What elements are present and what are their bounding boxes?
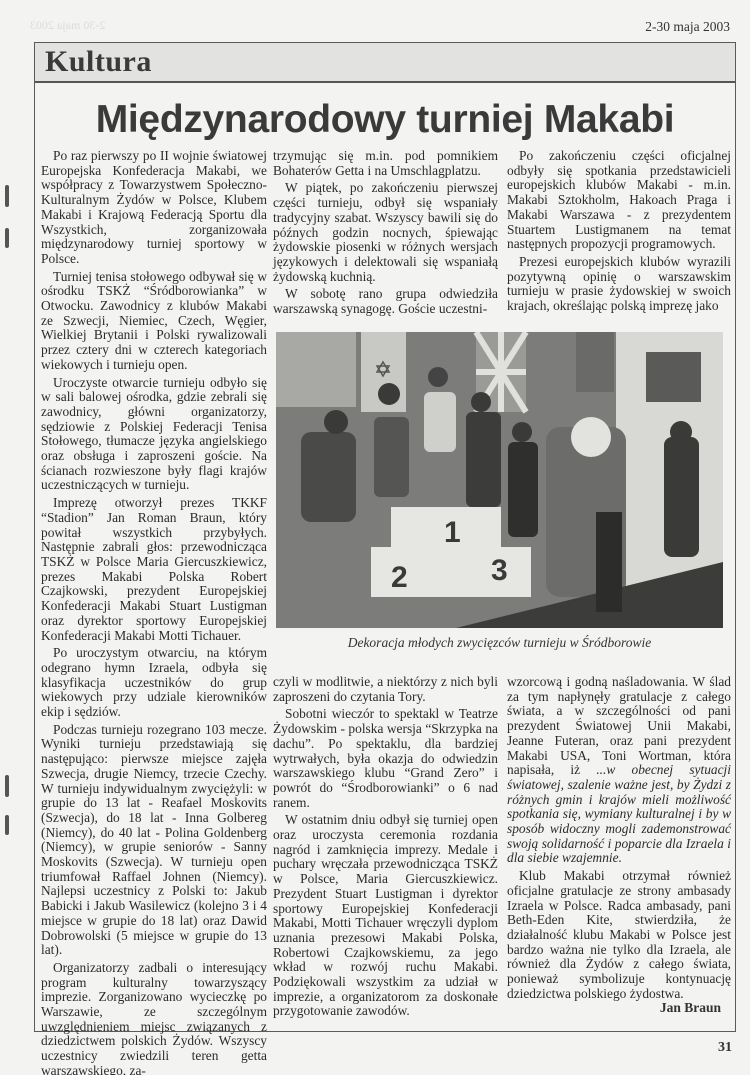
paragraph: trzymując się m.in. pod pomnikiem Bohate… — [273, 149, 498, 178]
column-1: Po raz pierwszy po II wojnie światowej E… — [41, 149, 267, 1075]
paragraph: Po zakończeniu części oficjalnej odbyły … — [507, 149, 731, 252]
article-title: Międzynarodowy turniej Makabi — [35, 98, 735, 142]
page-number: 31 — [718, 1040, 732, 1056]
paragraph: Sobotni wieczór to spektakl w Teatrze Ży… — [273, 707, 498, 810]
photo-illustration: 1 2 3 — [276, 332, 723, 628]
paragraph: W piątek, po zakończeniu pierwszej częśc… — [273, 181, 498, 284]
margin-mark — [5, 775, 9, 797]
paragraph: Prezesi europejskich klubów wyrazili poz… — [507, 255, 731, 314]
paragraph: Turniej tenisa stołowego odbywał się w o… — [41, 270, 267, 373]
article-frame: Kultura Międzynarodowy turniej Makabi Po… — [34, 42, 736, 1032]
bleed-through-date: 2-30 maja 2003 — [30, 18, 105, 33]
section-title: Kultura — [45, 45, 152, 79]
author-byline: Jan Braun — [660, 1000, 721, 1016]
column-3-bottom: wzorcową i godną naśladowania. W ślad za… — [507, 675, 731, 1004]
paragraph: Po uroczystym otwarciu, na którym odegra… — [41, 646, 267, 720]
column-2-top: trzymując się m.in. pod pomnikiem Bohate… — [273, 149, 498, 320]
svg-text:2: 2 — [391, 561, 408, 594]
svg-text:3: 3 — [491, 554, 508, 587]
paragraph: Podczas turnieju rozegrano 103 mecze. Wy… — [41, 723, 267, 958]
paragraph: Klub Makabi otrzymał również oficjalne g… — [507, 869, 731, 1001]
paragraph: W sobotę rano grupa odwiedziła warszawsk… — [273, 287, 498, 316]
column-3-top: Po zakończeniu części oficjalnej odbyły … — [507, 149, 731, 317]
issue-date: 2-30 maja 2003 — [645, 19, 730, 35]
margin-mark — [5, 815, 9, 835]
section-header: Kultura — [35, 43, 735, 83]
photo-caption: Dekoracja młodych zwycięzców turnieju w … — [276, 635, 723, 651]
paragraph: Po raz pierwszy po II wojnie światowej E… — [41, 149, 267, 267]
paragraph: Organizatorzy zadbali o interesujący pro… — [41, 961, 267, 1075]
paragraph: czyli w modlitwie, a niektórzy z nich by… — [273, 675, 498, 704]
paragraph: Imprezę otworzył prezes TKKF “Stadion” J… — [41, 496, 267, 643]
paragraph: wzorcową i godną naśladowania. W ślad za… — [507, 675, 731, 866]
svg-text:1: 1 — [444, 516, 461, 549]
quote: ...w obecnej sytuacji światowej, szaleni… — [507, 762, 731, 865]
paragraph: W ostatnim dniu odbył się turniej open o… — [273, 813, 498, 1019]
column-2-bottom: czyli w modlitwie, a niektórzy z nich by… — [273, 675, 498, 1022]
margin-mark — [5, 185, 9, 207]
podium-photo: 1 2 3 — [276, 332, 723, 628]
paragraph: Uroczyste otwarcie turnieju odbyło się w… — [41, 376, 267, 494]
margin-mark — [5, 228, 9, 248]
